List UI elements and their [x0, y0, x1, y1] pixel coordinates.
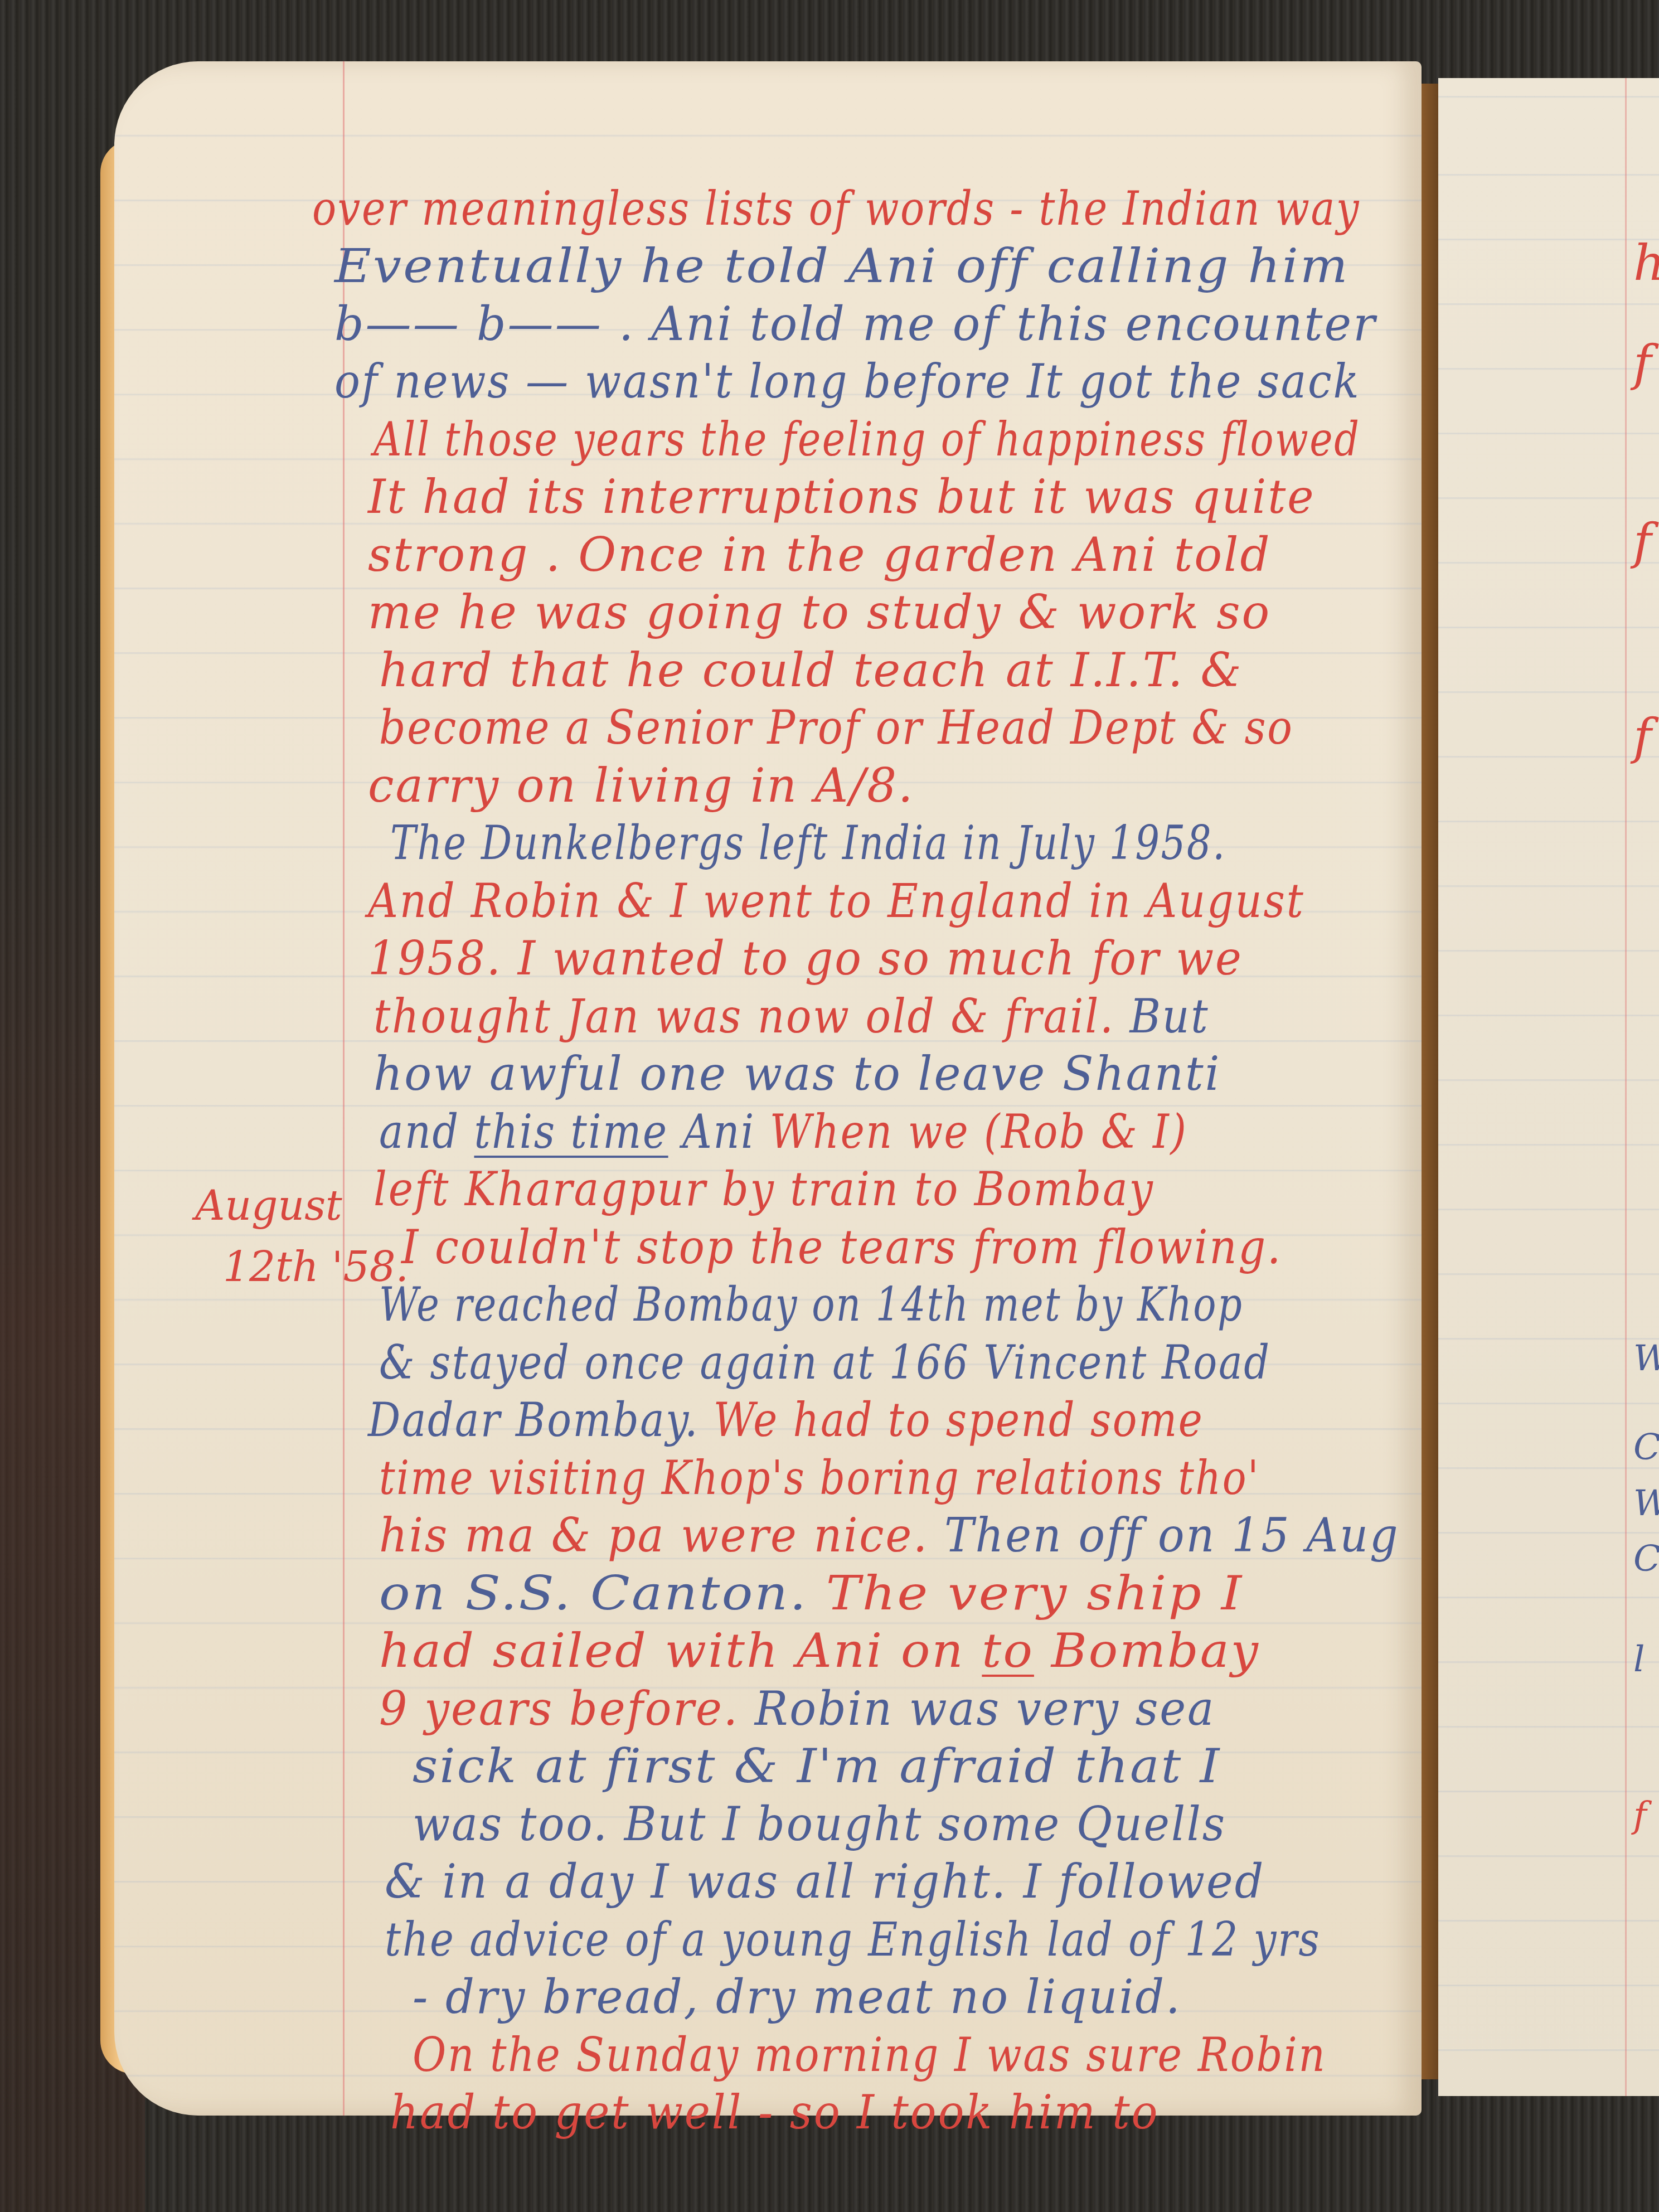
ink-segment-red: become a Senior Prof or Head Dept & so [379, 700, 1294, 755]
handwritten-line: left Kharagpur by train to Bombay [373, 1162, 1154, 1216]
ink-segment-blue: & stayed once again at 166 Vincent Road [379, 1335, 1270, 1390]
ink-segment-red: When we (Rob & I) [770, 1104, 1188, 1159]
ink-segment-blue: and [379, 1104, 474, 1159]
ink-segment-red: had to get well - so I took him to [390, 2085, 1159, 2140]
ink-segment-blue: Eventually he told Ani off calling him [334, 239, 1350, 293]
ink-segment-blue: on S.S. Canton. [379, 1566, 808, 1621]
ink-segment-red: The very ship I [808, 1566, 1243, 1621]
ink-segment-red: to [982, 1623, 1034, 1678]
ink-segment-red: 9 years before. [379, 1681, 739, 1736]
ink-segment-blue: We reached Bombay on 14th met by Khop [379, 1277, 1243, 1332]
handwritten-line: 9 years before. Robin was very sea [379, 1681, 1215, 1736]
ink-segment-red: hard that he could teach at I.I.T. & [379, 643, 1243, 697]
ink-segment-red: And Robin & I went to England in August [368, 874, 1304, 928]
ink-segment-blue: Then off on 15 Aug [929, 1508, 1399, 1563]
ink-segment-red: I couldn't stop the tears from flowing. [401, 1220, 1282, 1274]
handwritten-line: The Dunkelbergs left India in July 1958. [390, 816, 1226, 870]
handwritten-line: Eventually he told Ani off calling him [334, 239, 1350, 293]
ink-segment-red: carry on living in A/8. [368, 758, 914, 813]
ink-segment-blue: of news — wasn't long before It got the … [334, 354, 1360, 409]
ink-segment-red: me he was going to study & work so [368, 585, 1271, 639]
ink-segment-red: It had its interruptions but it was quit… [368, 469, 1315, 524]
handwritten-line: We reached Bombay on 14th met by Khop [379, 1277, 1243, 1332]
handwritten-line: It had its interruptions but it was quit… [368, 469, 1315, 524]
handwritten-line: was too. But I bought some Quells [413, 1797, 1226, 1851]
ink-segment-red: Bombay [1034, 1623, 1260, 1678]
ink-segment-blue: & in a day I was all right. I followed [385, 1854, 1265, 1909]
ink-segment-blue: The Dunkelbergs left India in July 1958. [390, 816, 1226, 870]
ink-segment-red: time visiting Khop's boring relations th… [379, 1451, 1260, 1505]
ink-segment-red: had sailed with Ani on [379, 1623, 982, 1678]
ink-segment-red: strong . Once in the garden Ani told [368, 527, 1272, 582]
ink-segment-red: We had to spend some [699, 1393, 1204, 1447]
ink-segment-blue: b—— b—— . Ani told me of this encounter [334, 297, 1376, 351]
handwritten-line: time visiting Khop's boring relations th… [379, 1451, 1260, 1505]
right-page-fragment: l [1633, 1639, 1646, 1680]
handwritten-line: All those years the feeling of happiness… [373, 412, 1360, 467]
right-page-fragment: C [1633, 1539, 1659, 1580]
ink-segment-blue: - dry bread, dry meat no liquid. [413, 1970, 1182, 2024]
ink-segment-blue: Ani [668, 1104, 770, 1159]
right-page-fragment: h [1633, 234, 1659, 292]
right-page-fragment: W [1633, 1483, 1659, 1524]
handwritten-line: On the Sunday morning I was sure Robin [413, 2027, 1327, 2082]
right-page-fragment: f [1633, 1795, 1648, 1836]
notebook-gutter [1422, 84, 1438, 2079]
handwritten-line: strong . Once in the garden Ani told [368, 527, 1272, 582]
ink-segment-blue: sick at first & I'm afraid that I [413, 1739, 1221, 1793]
ink-segment-red: left Kharagpur by train to Bombay [373, 1162, 1154, 1216]
ink-segment-blue: was too. But I bought some Quells [413, 1797, 1226, 1851]
handwritten-line: 1958. I wanted to go so much for we [368, 931, 1243, 986]
ink-segment-blue: how awful one was to leave Shanti [373, 1046, 1221, 1101]
ink-segment-blue: Dadar Bombay. [368, 1393, 699, 1447]
handwritten-line: & in a day I was all right. I followed [385, 1854, 1265, 1909]
handwritten-line: and this time Ani When we (Rob & I) [379, 1104, 1187, 1159]
ink-segment-red: over meaningless lists of words - the In… [312, 181, 1360, 236]
handwritten-line: - dry bread, dry meat no liquid. [413, 1970, 1182, 2024]
handwritten-line: carry on living in A/8. [368, 758, 914, 813]
handwritten-line: hard that he could teach at I.I.T. & [379, 643, 1243, 697]
margin-date-note-month: August [195, 1182, 342, 1230]
ink-segment-red: On the Sunday morning I was sure Robin [413, 2027, 1327, 2082]
handwritten-line: b—— b—— . Ani told me of this encounter [334, 297, 1376, 351]
handwritten-line: the advice of a young English lad of 12 … [385, 1912, 1321, 1967]
handwritten-line: I couldn't stop the tears from flowing. [401, 1220, 1282, 1274]
right-page-fragment: f [1633, 334, 1653, 392]
right-page-fragment: f [1633, 708, 1653, 765]
handwritten-line: me he was going to study & work so [368, 585, 1271, 639]
ink-segment-blue: this time [474, 1104, 668, 1159]
handwritten-line: Dadar Bombay. We had to spend some [368, 1393, 1204, 1447]
ink-segment-red: 1958. I wanted to go so much for we [368, 931, 1243, 986]
handwritten-line: And Robin & I went to England in August [368, 874, 1304, 928]
ink-segment-blue: Robin was very sea [739, 1681, 1215, 1736]
handwritten-line: had sailed with Ani on to Bombay [379, 1623, 1260, 1678]
right-page-fragment: f [1633, 513, 1653, 570]
notebook-right-page: h f f f We C W C l f [1438, 78, 1659, 2096]
handwritten-line: had to get well - so I took him to [390, 2085, 1159, 2140]
handwritten-line: thought Jan was now old & frail. But [373, 989, 1209, 1044]
margin-rule [1625, 78, 1627, 2096]
right-page-fragment: C [1633, 1427, 1659, 1468]
handwritten-line: over meaningless lists of words - the In… [312, 181, 1360, 236]
handwritten-line: how awful one was to leave Shanti [373, 1046, 1221, 1101]
handwritten-line: become a Senior Prof or Head Dept & so [379, 700, 1294, 755]
handwritten-line: of news — wasn't long before It got the … [334, 354, 1360, 409]
ink-segment-blue: But [1115, 989, 1209, 1044]
handwritten-line: & stayed once again at 166 Vincent Road [379, 1335, 1270, 1390]
handwritten-line: his ma & pa were nice. Then off on 15 Au… [379, 1508, 1399, 1563]
ink-segment-red: All those years the feeling of happiness… [373, 412, 1360, 467]
ink-segment-blue: the advice of a young English lad of 12 … [385, 1912, 1321, 1967]
ink-segment-red: his ma & pa were nice. [379, 1508, 929, 1563]
handwritten-line: sick at first & I'm afraid that I [413, 1739, 1221, 1793]
handwritten-line: on S.S. Canton. The very ship I [379, 1566, 1244, 1621]
right-page-fragment: We [1633, 1338, 1659, 1379]
ink-segment-red: thought Jan was now old & frail. [373, 989, 1115, 1044]
